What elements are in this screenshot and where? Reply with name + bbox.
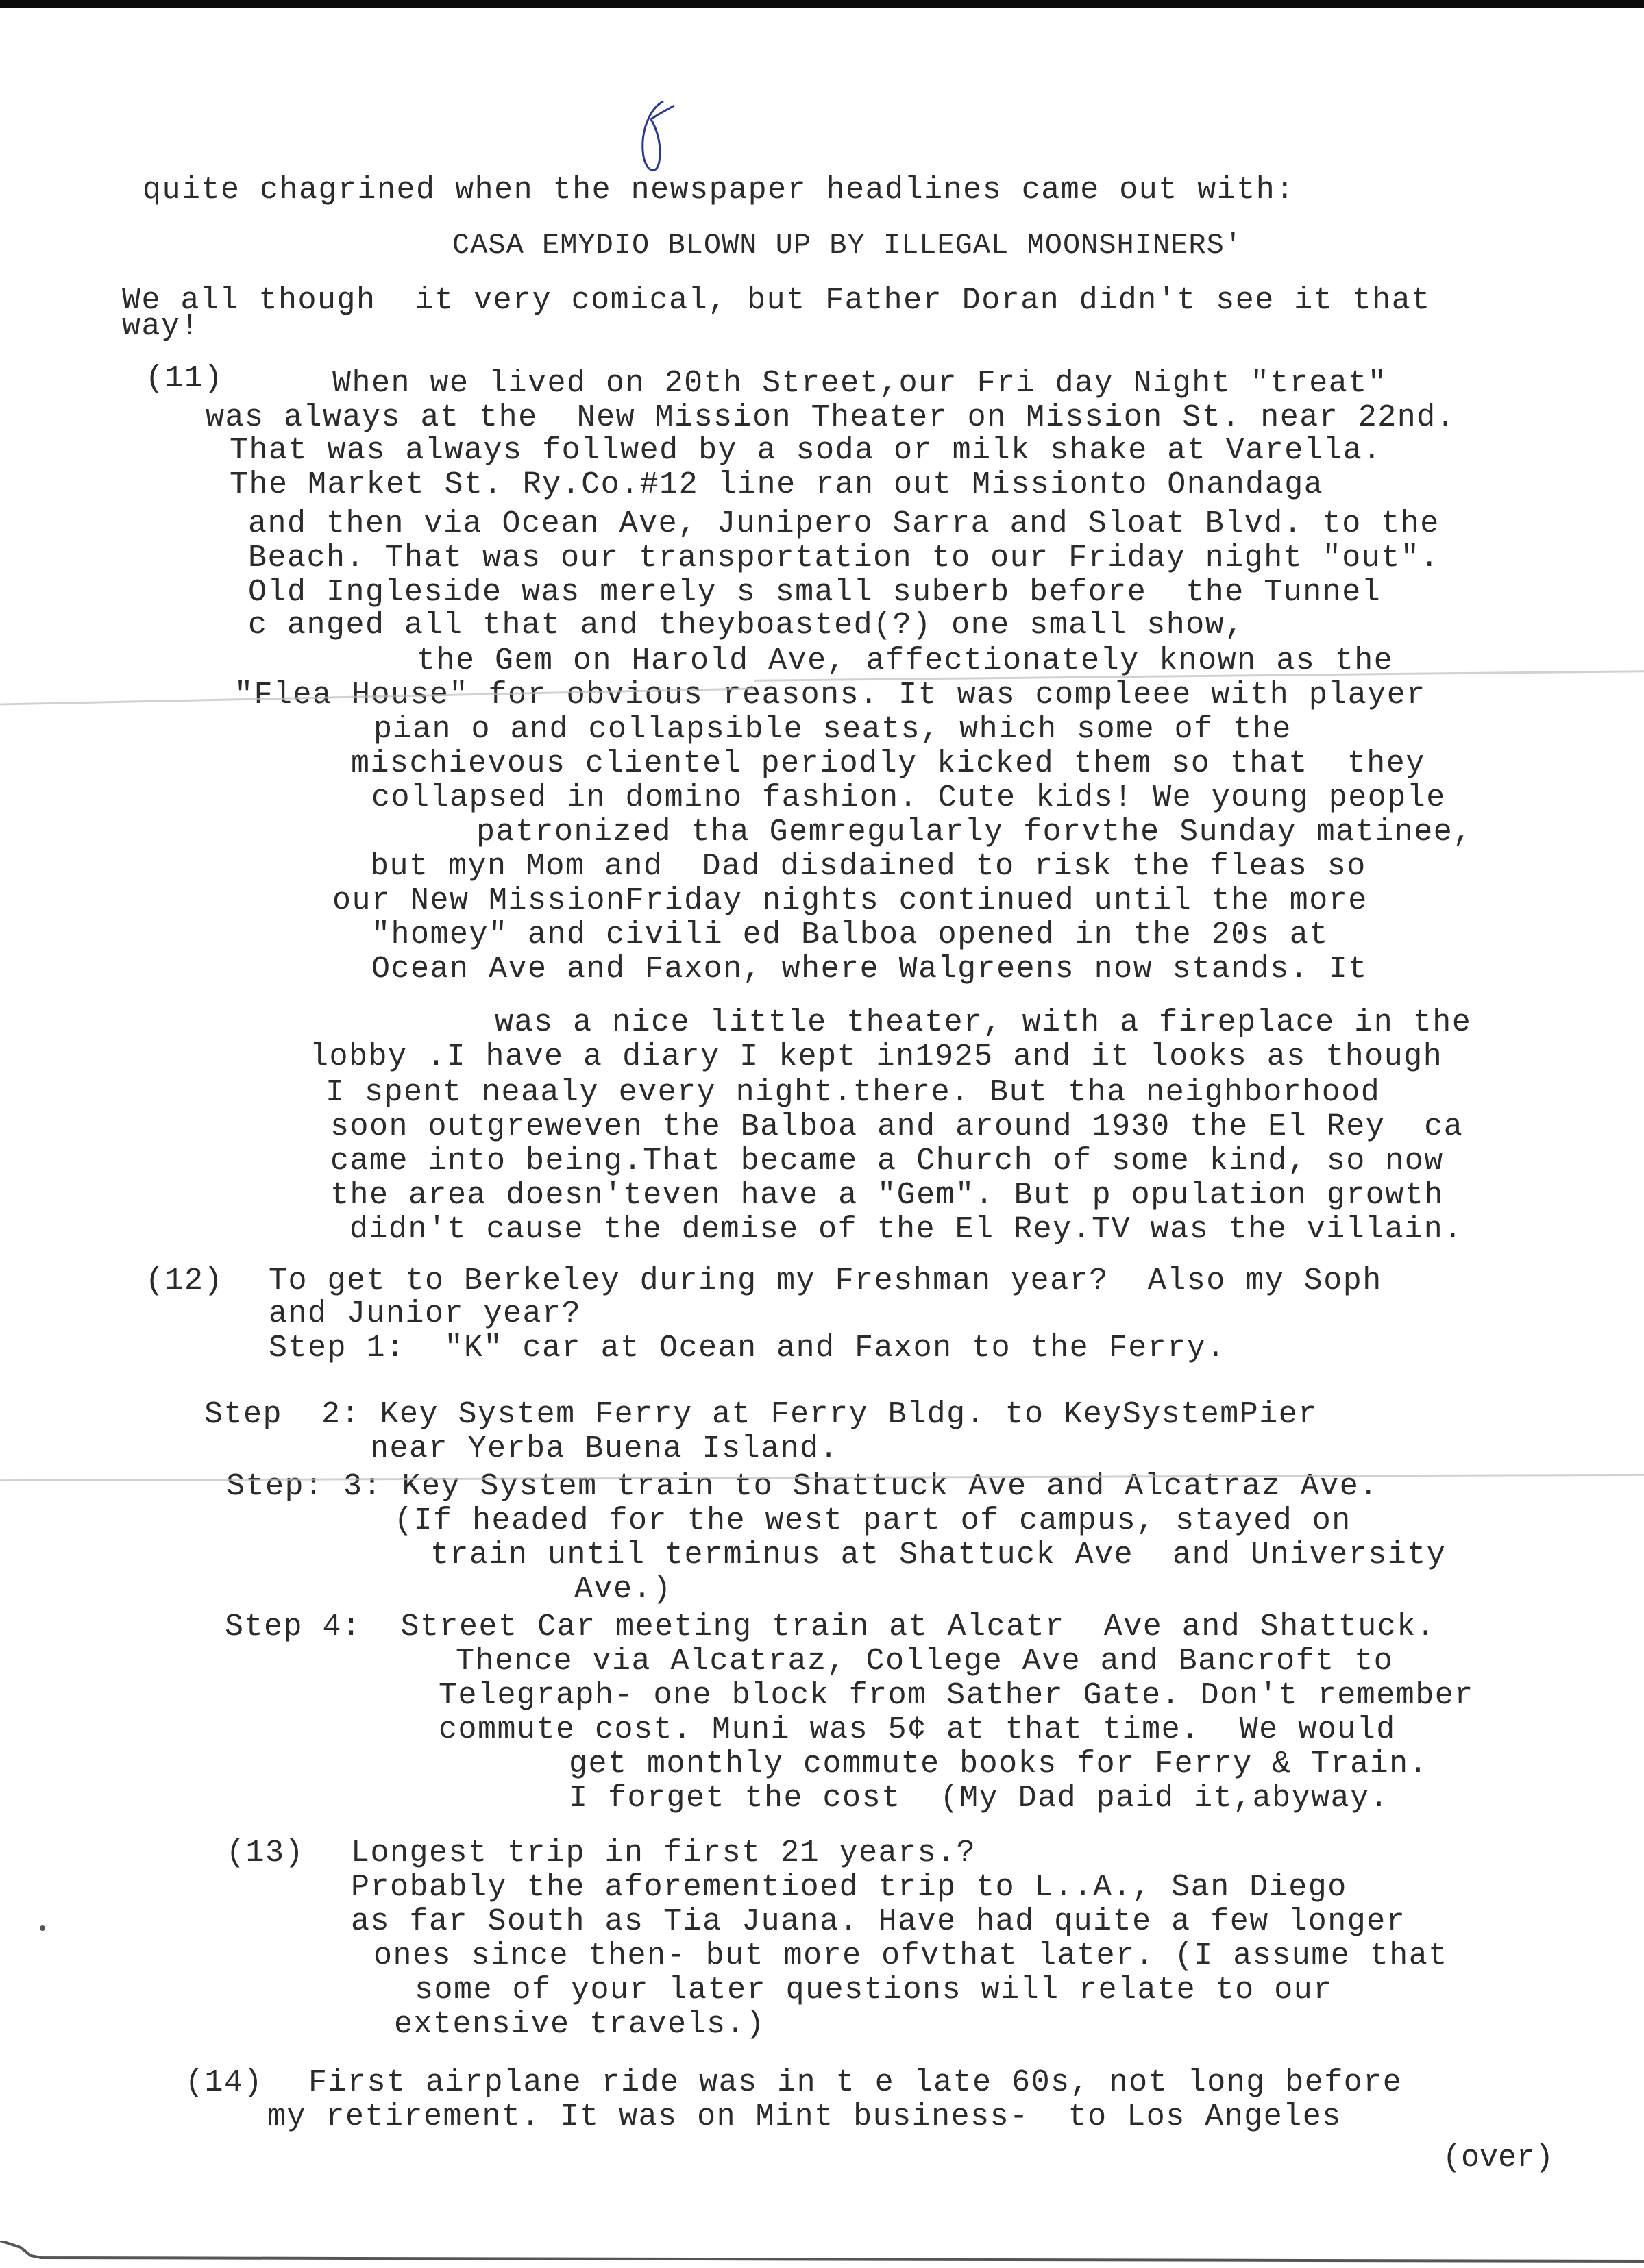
section-12-line: (If headed for the west part of campus, …: [394, 1504, 1351, 1538]
section-12-line: Ave.): [574, 1573, 672, 1607]
intro-line-3: way!: [122, 310, 200, 344]
section-12-line: and Junior year?: [269, 1297, 581, 1331]
section-11-line: the Gem on Harold Ave, affectionately kn…: [417, 644, 1393, 678]
section-12-line: I forget the cost (My Dad paid it,abyway…: [569, 1782, 1389, 1816]
newspaper-headline: CASA EMYDIO BLOWN UP BY ILLEGAL MOONSHIN…: [452, 228, 1242, 262]
section-11-line: Ocean Ave and Faxon, where Walgreens now…: [371, 952, 1368, 987]
intro-line-1: quite chagrined when the newspaper headl…: [143, 173, 1295, 208]
section-11-line: was always at the New Mission Theater on…: [206, 401, 1456, 435]
section-11-line: I spent neaaly every night.there. But th…: [326, 1076, 1380, 1110]
section-11-line: was a nice little theater, with a firepl…: [495, 1006, 1471, 1040]
section-11-line: our New MissionFriday nights continued u…: [332, 884, 1368, 918]
section-11-line: pian o and collapsible seats, which some…: [373, 713, 1292, 747]
section-11-line: "homey" and civili ed Balboa opened in t…: [371, 918, 1329, 952]
section-11-line: patronized tha Gemregularly forvthe Sund…: [476, 815, 1473, 850]
scan-top-edge: [0, 0, 1644, 8]
section-12-line: Step 2: Key System Ferry at Ferry Bldg. …: [204, 1398, 1318, 1432]
section-14-line: First airplane ride was in t e late 60s,…: [308, 2066, 1402, 2100]
section-11-line: the area doesn'teven have a "Gem". But p…: [330, 1179, 1444, 1213]
section-11-line: didn't cause the demise of the El Rey.TV…: [349, 1213, 1463, 1247]
intro-line-2: We all though it very comical, but Fathe…: [122, 284, 1431, 318]
section-13-line: Probably the aforementioed trip to L..A.…: [351, 1871, 1347, 1905]
section-12-line: near Yerba Buena Island.: [370, 1432, 839, 1466]
section-number-14: (14): [185, 2066, 263, 2100]
section-11-line: soon outgreweven the Balboa and around 1…: [330, 1110, 1463, 1144]
section-12-line: To get to Berkeley during my Freshman ye…: [269, 1264, 1382, 1298]
section-11-line: lobby .I have a diary I kept in1925 and …: [310, 1040, 1443, 1074]
section-11-line: but myn Mom and Dad disdained to risk th…: [370, 850, 1366, 884]
section-12-line: commute cost. Muni was 5¢ at that time. …: [439, 1713, 1396, 1747]
section-13-line: Longest trip in first 21 years.?: [351, 1836, 976, 1871]
section-13-line: as far South as Tia Juana. Have had quit…: [351, 1905, 1406, 1939]
section-11-line: and then via Ocean Ave, Junipero Sarra a…: [248, 507, 1440, 541]
handwritten-page-number: [636, 96, 677, 178]
section-number-12: (12): [145, 1264, 223, 1298]
section-11-line: c anged all that and theyboasted(?) one …: [248, 608, 1244, 643]
section-11-line: Old Ingleside was merely s small suberb …: [248, 576, 1381, 610]
section-14-line: my retirement. It was on Mint business- …: [267, 2100, 1342, 2134]
section-11-line: When we lived on 20th Street,our Fri day…: [332, 367, 1387, 401]
section-12-line: get monthly commute books for Ferry & Tr…: [569, 1747, 1428, 1782]
section-12-line: Telegraph- one block from Sather Gate. D…: [439, 1679, 1474, 1713]
section-12-line: Thence via Alcatraz, College Ave and Ban…: [456, 1644, 1393, 1679]
section-11-line: came into being.That became a Church of …: [330, 1144, 1444, 1179]
stray-mark: [40, 1925, 45, 1931]
section-12-line: Step 4: Street Car meeting train at Alca…: [225, 1610, 1436, 1644]
section-11-line: collapsed in domino fashion. Cute kids! …: [371, 781, 1446, 815]
section-12-line: train until terminus at Shattuck Ave and…: [430, 1538, 1446, 1573]
section-11-line: The Market St. Ry.Co.#12 line ran out Mi…: [230, 468, 1323, 502]
section-11-line: That was always follwed by a soda or mil…: [230, 434, 1382, 468]
section-11-line: Beach. That was our transportation to ou…: [248, 541, 1440, 576]
section-number-11: (11): [145, 362, 223, 396]
section-13-line: extensive travels.): [394, 2008, 765, 2042]
section-13-line: ones since then- but more ofvthat later.…: [373, 1939, 1448, 1973]
continued-over-marker: (over): [1443, 2141, 1554, 2175]
paper-bottom-edge: [0, 2241, 1644, 2268]
section-11-line: mischievous clientel periodly kicked the…: [351, 747, 1425, 781]
section-13-line: some of your later questions will relate…: [415, 1973, 1333, 2008]
section-number-13: (13): [226, 1836, 304, 1871]
section-12-line: Step 1: "K" car at Ocean and Faxon to th…: [269, 1331, 1226, 1366]
